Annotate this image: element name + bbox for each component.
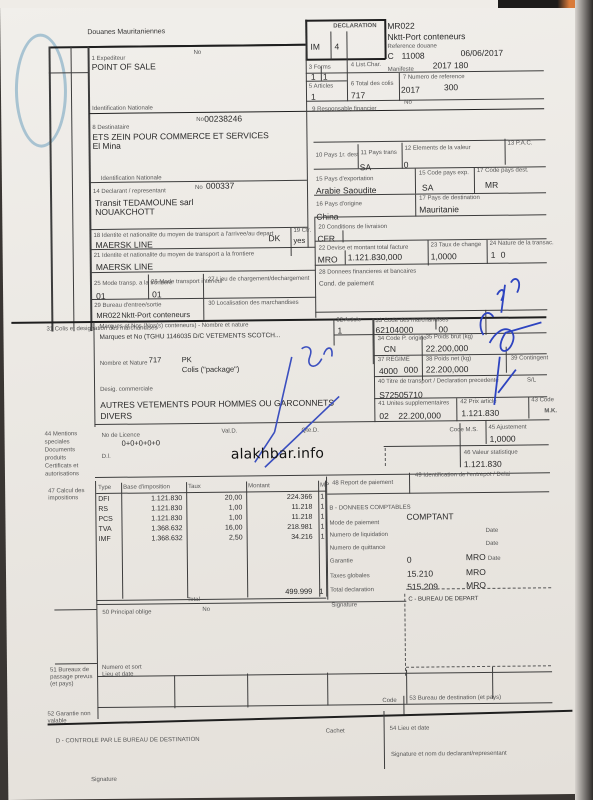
tax-cell: 11.218 xyxy=(248,514,312,522)
net-weight-label: 38 Poids net (kg) xyxy=(426,356,471,362)
tax-cell: 1.368.632 xyxy=(124,525,183,533)
location-label: 30 Localisation des marchandises xyxy=(208,300,298,307)
tax-header: Type xyxy=(98,485,123,491)
value-elements-label: 12 Elements de la valeur xyxy=(405,145,471,152)
tax-cell: IMF xyxy=(99,536,118,543)
watermark: alakhbar.info xyxy=(231,446,324,463)
tax-cell: 1 xyxy=(321,534,325,541)
supp-units-label: 41 Unites supplementaires xyxy=(378,400,449,407)
tax-cell: 1 xyxy=(320,494,324,501)
tax-header: Base d'imposition xyxy=(123,484,188,491)
nature-value-2: 0 xyxy=(501,251,506,260)
bottom-signature-label: Signature xyxy=(91,777,117,783)
principal-no-label: No xyxy=(202,607,210,613)
border-transport-label: 21 Identite et nationalite du moyen de t… xyxy=(94,251,254,259)
adjust-label: 45 Ajustement xyxy=(488,425,526,431)
dl-label: D.l. xyxy=(102,454,111,460)
signature-name-label: Signature et nom du declarant/representa… xyxy=(391,751,507,758)
ms-code-label: Code M.S. xyxy=(449,427,477,433)
gross-weight-value: 22.200,000 xyxy=(426,344,469,353)
tax-cell: 1.121.830 xyxy=(123,505,182,513)
financial-data-label: 28 Donnees financieres et bancaires xyxy=(319,269,416,276)
export-country-label: 15 Pays d'exportation xyxy=(316,176,374,183)
declaration-code: 4 xyxy=(334,42,339,51)
marks-label: Marques et Nos (Nos(s) conteneurs) - Nom… xyxy=(99,322,248,330)
adjust-value: 1,0000 xyxy=(490,435,516,444)
declaration-type: IM xyxy=(310,43,320,52)
origin-code-value: CN xyxy=(384,345,396,354)
payment-mode-label: Mode de paiement xyxy=(329,520,379,527)
issuer-name: Douanes Mauritaniennes xyxy=(87,28,165,36)
packages-kind: Colis ("package") xyxy=(182,366,240,374)
tax-total-value: 499.999 xyxy=(285,588,312,596)
first-dest-label: 10 Pays 1r. dest xyxy=(316,152,359,158)
documents-label: 44 Mentions speciales Documents produits… xyxy=(45,430,94,479)
dest-office-label: 53 Bureau de destination (et pays) xyxy=(409,695,501,702)
tax-table: TypeBase d'impositionTauxMontantMPDFI1.1… xyxy=(96,481,326,483)
nature-label: 24 Nature de la transac. xyxy=(490,240,554,247)
control-label: D - CONTROLE PAR LE BUREAU DE DESTINATIO… xyxy=(56,737,200,745)
consignee-no-label: No xyxy=(196,117,204,123)
loading-label: 27 Lieu de chargement/dechargement xyxy=(208,276,309,283)
ref-series: C xyxy=(388,52,394,61)
declarant-number: 000337 xyxy=(206,182,234,191)
tax-cell: DFI xyxy=(98,496,117,503)
commercial-label: Desig. commerciale xyxy=(100,386,153,393)
financial-label: 9 Responsable financier xyxy=(312,106,376,113)
tax-cell: 1 xyxy=(320,504,324,511)
ref-number: 11008 xyxy=(402,52,425,61)
warehouse-label: 49 Identification de l'entrepot / Delai xyxy=(415,472,510,479)
date-label-2: Date xyxy=(486,541,499,547)
tax-cell: 218.981 xyxy=(249,524,313,532)
hs-label: 33 Code des marchandises xyxy=(375,317,448,324)
regime-suffix: 000 xyxy=(404,366,418,375)
tax-cell: 2,50 xyxy=(189,534,243,542)
refnum-year: 2017 xyxy=(401,86,420,95)
forms-label: 3 Forms xyxy=(309,65,331,71)
refnum-value: 300 xyxy=(444,83,458,92)
packages-kind-code: PK xyxy=(182,356,192,364)
arrival-transport-label: 18 Identite et nationalite du moyen de t… xyxy=(93,231,273,239)
manifest-value: 2017 180 xyxy=(433,61,469,70)
tax-header: Montant xyxy=(248,483,318,490)
gross-weight-label: 35 Poids brut (kg) xyxy=(426,334,473,340)
delivery-label: 20 Conditions de livraison xyxy=(318,224,387,231)
taxes-section-label: 47 Calcul des impositions xyxy=(48,488,92,502)
export-code-value: SA xyxy=(422,183,433,192)
tax-cell: 1.121.830 xyxy=(123,515,182,523)
global-taxes-label: Taxes globales xyxy=(330,573,370,579)
customs-declaration-form: Douanes Mauritaniennes A - BUREAU DE DES… xyxy=(0,0,583,800)
total-declaration-label: Total declaration xyxy=(330,587,374,593)
liquidation-label: Numero de liquidation xyxy=(330,532,388,539)
handwritten-initials xyxy=(471,274,553,425)
payment-mode-value: COMPTANT xyxy=(406,512,453,521)
ref-date: 06/06/2017 xyxy=(461,49,504,58)
office-code: MR022 xyxy=(387,22,414,31)
origin-code-label: 34 Code P. origine xyxy=(378,336,427,343)
stat-value-label: 46 Valeur statistique xyxy=(464,450,518,457)
refnum-label: 7 Numero de reference xyxy=(403,74,465,81)
list-label: 4 List.Char. xyxy=(351,62,381,68)
export-code-label: 15 Code pays exp. xyxy=(419,170,469,177)
dest-country-value: Mauritanie xyxy=(419,205,459,214)
articles-label: 5 Articles xyxy=(309,84,333,90)
tax-cell: 1 xyxy=(320,514,324,521)
article-label: 32 Article xyxy=(336,317,361,323)
office-entry-code: MR022 xyxy=(96,312,120,320)
photo-top-edge xyxy=(0,0,593,8)
packages-count: 717 xyxy=(149,356,162,364)
stamp-label: Cachet xyxy=(326,728,345,734)
tax-cell: 224.366 xyxy=(248,494,312,502)
tax-cell: 1 xyxy=(321,524,325,531)
currency-label: 22 Devise et montant total facture xyxy=(319,245,409,252)
dest-code-value: MR xyxy=(485,181,498,190)
transit-label: 11 Pays trans xyxy=(361,150,397,156)
declarant-no-label: No xyxy=(195,185,203,191)
supp-units-value: 22.200,000 xyxy=(398,411,441,420)
transit-offices-label: 51 Bureaux de passage prevus (et pays) xyxy=(50,667,94,688)
container-label: 19 Ctr. xyxy=(293,228,311,234)
packages-count-label: Nombre et Nature xyxy=(100,360,148,366)
office-name: Nktt-Port conteneurs xyxy=(387,32,465,41)
guarantee-label: Garantie xyxy=(330,558,353,564)
payment-cond-label: Cond. de paiement xyxy=(319,281,374,288)
tax-cell: 1.121.830 xyxy=(123,495,182,503)
date-label-1: Date xyxy=(486,528,499,534)
arrival-flag: DK xyxy=(268,234,280,243)
tax-cell: 34.216 xyxy=(249,534,313,542)
tax-cell: RS xyxy=(98,506,117,513)
delivery-value: CFR xyxy=(317,235,335,244)
packages-label: 6 Total des colis xyxy=(351,81,394,87)
regime-value: 4000 xyxy=(379,367,398,376)
photo-right-edge xyxy=(575,0,593,800)
total-declaration-value: 515.209 xyxy=(407,582,438,591)
receipt-label: Numero de quittance xyxy=(330,545,386,552)
dest-code-label: 17 Code pays dest. xyxy=(477,167,529,174)
consignee-number: 00238246 xyxy=(204,114,242,123)
supp-units-code: 02 xyxy=(379,412,389,421)
currency-value: MRO xyxy=(318,255,338,264)
financial-no-label: No xyxy=(404,100,412,106)
net-weight-value: 22.200,000 xyxy=(426,365,469,374)
exchange-label: 23 Taux de change xyxy=(431,242,482,249)
origin-label: 16 Pays d'origine xyxy=(316,201,362,207)
regime-label: 37 REGIME xyxy=(378,357,410,363)
declaration-label: DECLARATION xyxy=(333,23,376,29)
office-entry-name: Nktt-Port conteneurs xyxy=(121,311,190,319)
tax-header: Taux xyxy=(188,483,248,490)
departure-label: C - BUREAU DE DEPART xyxy=(408,596,478,603)
guarantee-currency: MRO xyxy=(466,553,486,562)
global-taxes-value: 15.210 xyxy=(407,569,433,578)
tax-cell: 1,00 xyxy=(188,514,242,522)
val-label: Val.D. xyxy=(222,429,238,435)
tax-cell: 1.368.632 xyxy=(124,535,183,543)
declarant-label: 14 Declarant / representant xyxy=(93,188,166,195)
tax-cell: PCS xyxy=(98,516,117,523)
deferred-label: 48 Report de paiement xyxy=(332,480,393,487)
stat-value-value: 1.121.830 xyxy=(464,460,502,469)
packages-value: 717 xyxy=(351,91,365,100)
office-entry-label: 29 Bureau d'entree/sortie xyxy=(94,302,161,309)
pac-label: 13 P.A.C. xyxy=(508,140,533,146)
exporter-id-label: Identification Nationale xyxy=(92,105,153,112)
nature-value-1: 1 xyxy=(491,251,496,260)
guarantee-value: 0 xyxy=(407,556,412,565)
border-transport-value: MAERSK LINE xyxy=(96,262,153,271)
principal-label: 50 Principal oblige xyxy=(102,609,151,616)
global-taxes-currency: MRO xyxy=(466,568,486,577)
tax-cell: 11.218 xyxy=(248,504,312,512)
tax-cell: 20,00 xyxy=(188,494,242,502)
date-label-3: Date xyxy=(488,556,501,562)
tax-cell: 1,00 xyxy=(188,504,242,512)
code-footer-label: Code xyxy=(382,698,396,704)
principal-signature-label: Signature xyxy=(331,602,357,608)
invoice-total: 1.121.830,000 xyxy=(348,253,402,262)
no-label: No xyxy=(194,50,202,56)
tax-cell: TVA xyxy=(99,526,118,533)
licence-value: 0+0+0+0+0 xyxy=(122,439,160,447)
consignee-city: El Mina xyxy=(92,142,120,151)
accounting-section-label: B - DONNEES COMPTABLES xyxy=(329,505,410,512)
tax-cell: 16,00 xyxy=(189,524,243,532)
office-stamp xyxy=(14,33,67,148)
exporter-value: POINT OF SALE xyxy=(92,62,156,71)
ref-label: Reference douane xyxy=(387,43,436,50)
place-date-label: 54 Lieu et date xyxy=(390,726,430,732)
tax-total-mp: 1 xyxy=(319,588,323,596)
consignee-label: 8 Destinataire xyxy=(92,125,129,131)
exchange-value: 1,0000 xyxy=(431,252,457,261)
description-line-2: DIVERS xyxy=(100,412,132,421)
container-value: yes xyxy=(293,237,305,245)
dest-country-label: 17 Pays de destination xyxy=(419,195,480,202)
declarant-city: NOUAKCHOTT xyxy=(95,207,155,216)
